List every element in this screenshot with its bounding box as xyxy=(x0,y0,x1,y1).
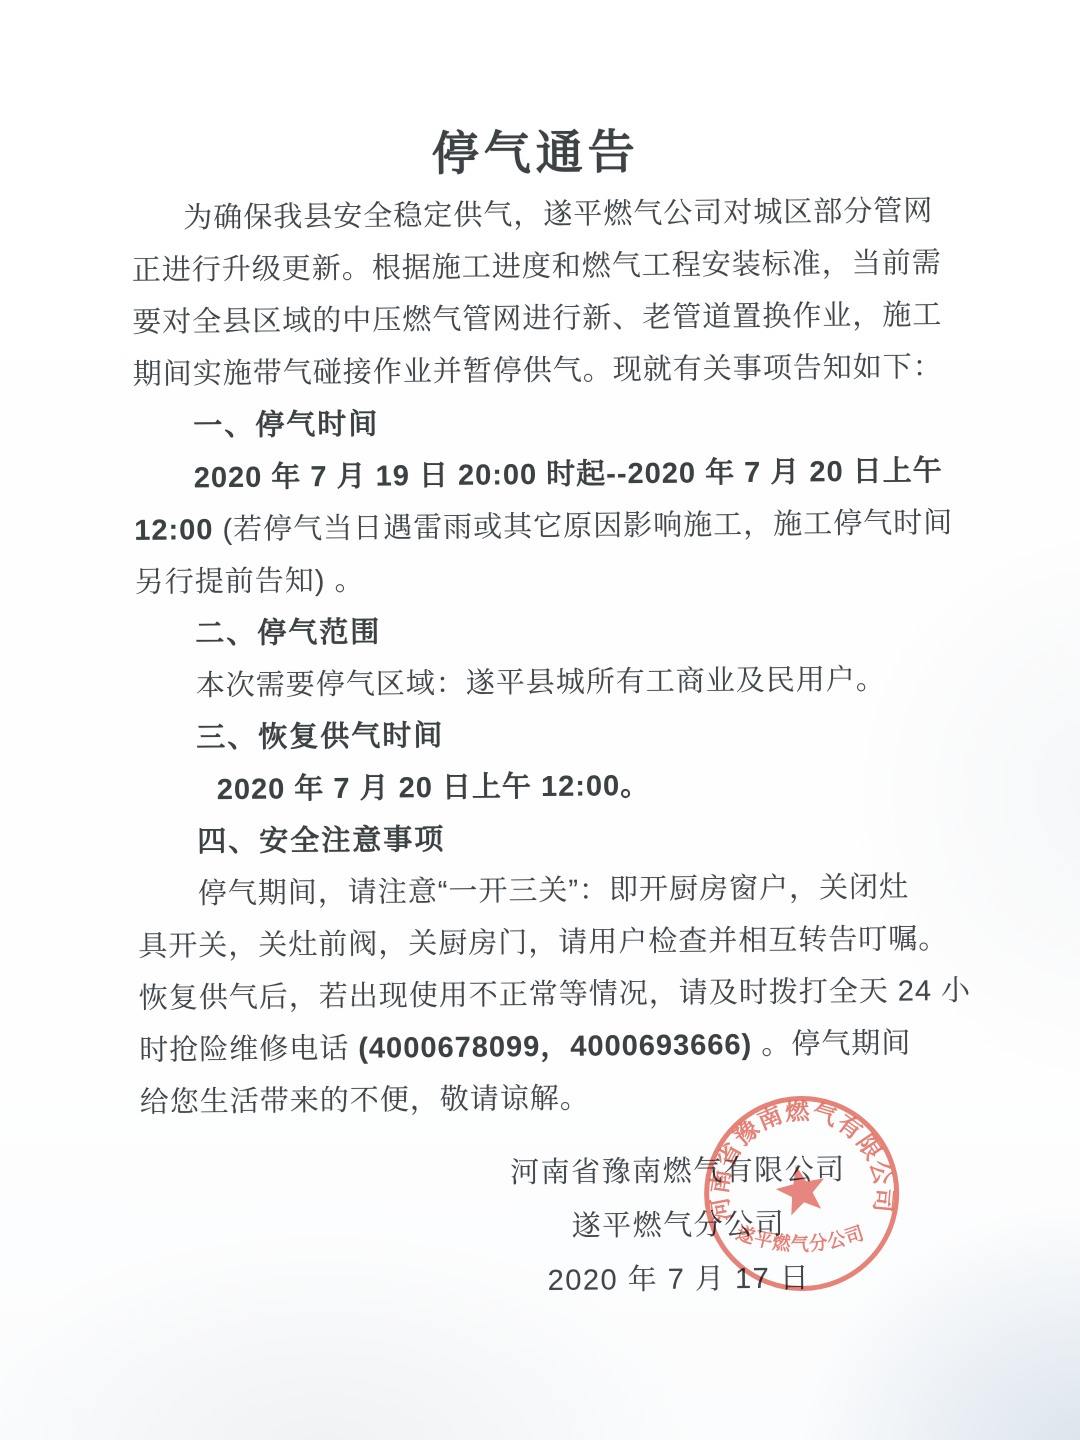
section-heading-1: 一、停气时间 xyxy=(133,393,963,453)
seal-bottom-text: 遂平燃气分公司 xyxy=(733,1220,867,1256)
paragraph-line: 具开关，关灶前阀，关厨房门，请用户检查并相互转告叮嘱。 xyxy=(138,913,968,973)
paragraph-line: 为确保我县安全稳定供气，遂平燃气公司对城区部分管网 xyxy=(131,185,961,245)
scanned-notice-page: 停气通告 为确保我县安全稳定供气，遂平燃气公司对城区部分管网 正进行升级更新。根… xyxy=(0,0,1080,1440)
outage-time-continued: 12:00 (若停气当日遇雷雨或其它原因影响施工，施工停气时间 xyxy=(134,497,964,557)
paragraph-line: 另行提前告知) 。 xyxy=(135,549,965,609)
section-heading-4: 四、安全注意事项 xyxy=(137,809,967,869)
hotline-prefix: 时抢险维修电话 xyxy=(139,1033,358,1067)
notice-sheet: 停气通告 为确保我县安全稳定供气，遂平燃气公司对城区部分管网 正进行升级更新。根… xyxy=(0,0,1080,1440)
paragraph-line: 要对全县区域的中压燃气管网进行新、老管道置换作业，施工 xyxy=(132,289,962,349)
outage-time-note: (若停气当日遇雷雨或其它原因影响施工，施工停气时间 xyxy=(213,507,953,546)
paragraph-line: 停气期间，请注意“一开三关”：即开厨房窗户，关闭灶 xyxy=(138,861,968,921)
company-seal-stamp: 河南省豫南燃气有限公司 遂平燃气分公司 xyxy=(698,1087,906,1301)
paragraph-line: 恢复供气后，若出现使用不正常等情况，请及时拨打全天 24 小 xyxy=(139,965,969,1025)
seal-star-icon xyxy=(772,1160,831,1218)
outage-time-bold: 12:00 xyxy=(134,514,213,547)
hotline-suffix: 。停气期间 xyxy=(752,1027,911,1061)
notice-body: 为确保我县安全稳定供气，遂平燃气公司对城区部分管网 正进行升级更新。根据施工进度… xyxy=(131,185,970,1129)
paragraph-line: 正进行升级更新。根据施工进度和燃气工程安装标准，当前需 xyxy=(132,237,962,297)
resume-time-line: 2020 年 7 月 20 日上午 12:00。 xyxy=(137,757,967,817)
hotline-numbers: (4000678099，4000693666) xyxy=(358,1029,752,1065)
notice-title: 停气通告 xyxy=(0,111,1076,188)
section-heading-3: 三、恢复供气时间 xyxy=(136,705,966,765)
outage-scope-line: 本次需要停气区域：遂平县城所有工商业及民用户。 xyxy=(136,653,966,713)
paragraph-line: 期间实施带气碰接作业并暂停供气。现就有关事项告知如下： xyxy=(133,341,963,401)
section-heading-2: 二、停气范围 xyxy=(135,601,965,661)
outage-time-line: 2020 年 7 月 19 日 20:00 时起--2020 年 7 月 20 … xyxy=(134,445,964,505)
hotline-line: 时抢险维修电话 (4000678099，4000693666) 。停气期间 xyxy=(139,1017,969,1077)
